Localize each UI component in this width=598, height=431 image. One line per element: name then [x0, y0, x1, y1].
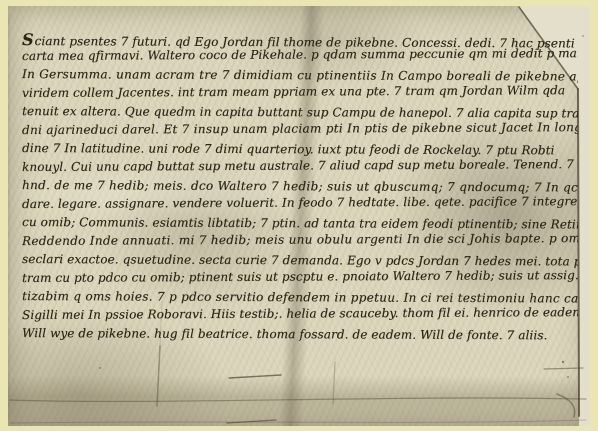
- manuscript-photo: Sciant psentes 7 futuri. qd Ego Jordan f…: [8, 6, 590, 426]
- manuscript-line: tram cu pto pdco cu omib; ptinent suis u…: [22, 268, 578, 289]
- manuscript-line: dare. legare. assignare. vendere volueri…: [22, 194, 578, 215]
- book-page-background: Sciant psentes 7 futuri. qd Ego Jordan f…: [0, 0, 598, 431]
- charter-text: Sciant psentes 7 futuri. qd Ego Jordan f…: [22, 30, 578, 345]
- manuscript-line: Will wye de pikebne. hug fil beatrice. t…: [22, 326, 578, 344]
- manuscript-line: Sigilli mei In pssioe Roboravi. Hiis tes…: [22, 305, 578, 326]
- manuscript-line: dni ajarineduci darel. Et 7 insup unam p…: [22, 120, 578, 141]
- manuscript-line: viridem collem Jacentes. int tram meam p…: [22, 83, 578, 104]
- manuscript-line: carta mea qfirmavi. Waltero coco de Pike…: [22, 46, 578, 67]
- manuscript-line: Reddendo Inde annuati. mi 7 hedib; meis …: [22, 231, 578, 252]
- manuscript-line: knouyl. Cui unu capd buttat sup metu aus…: [22, 157, 578, 178]
